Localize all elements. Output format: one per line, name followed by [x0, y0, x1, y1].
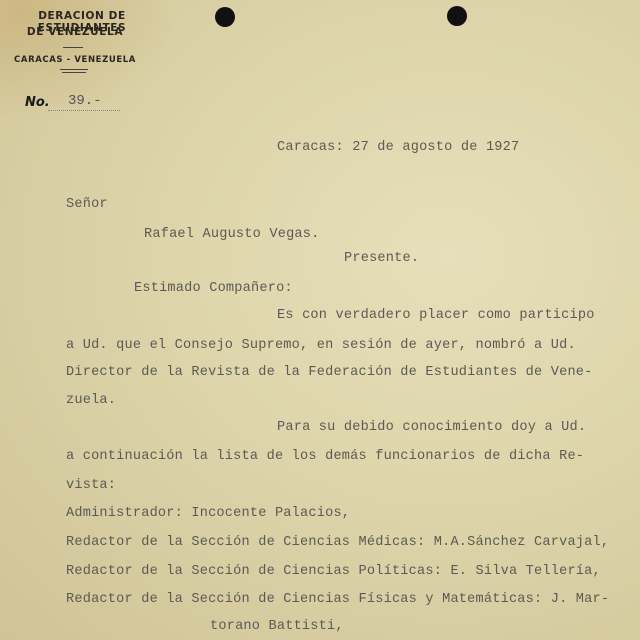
salutation-title: Señor [66, 197, 108, 212]
body-line: Es con verdadero placer como participo [277, 308, 595, 323]
reference-underline [48, 110, 120, 111]
body-line: zuela. [66, 393, 116, 408]
body-line: a continuación la lista de los demás fun… [66, 449, 584, 464]
letterhead-location: CARACAS - VENEZUELA [0, 55, 150, 65]
staff-list-item: Redactor de la Sección de Ciencias Físic… [66, 592, 609, 607]
staff-list-item: Administrador: Incocente Palacios, [66, 506, 350, 521]
letterhead-divider-top [63, 47, 83, 48]
letterhead-divider-bottom-2 [62, 72, 86, 73]
punch-hole-right [447, 6, 467, 26]
reference-number: 39.- [68, 93, 102, 109]
staff-list-item: Redactor de la Sección de Ciencias Polít… [66, 564, 601, 579]
date-line: Caracas: 27 de agosto de 1927 [277, 140, 519, 155]
staff-list-item: Redactor de la Sección de Ciencias Médic… [66, 535, 609, 550]
recipient-name: Rafael Augusto Vegas. [144, 227, 320, 242]
body-line: Para su debido conocimiento doy a Ud. [277, 420, 586, 435]
greeting: Estimado Compañero: [134, 281, 293, 296]
letterhead-divider-bottom-1 [60, 69, 88, 70]
body-line: a Ud. que el Consejo Supremo, en sesión … [66, 338, 576, 353]
staff-list-item-continuation: torano Battisti, [210, 619, 344, 634]
presente: Presente. [344, 251, 419, 266]
letter-page: DERACION DE ESTUDIANTES DE VENEZUELA CAR… [0, 0, 640, 640]
letterhead-org-line2: DE VENEZUELA [0, 26, 150, 38]
body-line: vista: [66, 478, 116, 493]
punch-hole-left [215, 7, 235, 27]
body-line: Director de la Revista de la Federación … [66, 365, 593, 380]
reference-label: No. [25, 95, 50, 110]
